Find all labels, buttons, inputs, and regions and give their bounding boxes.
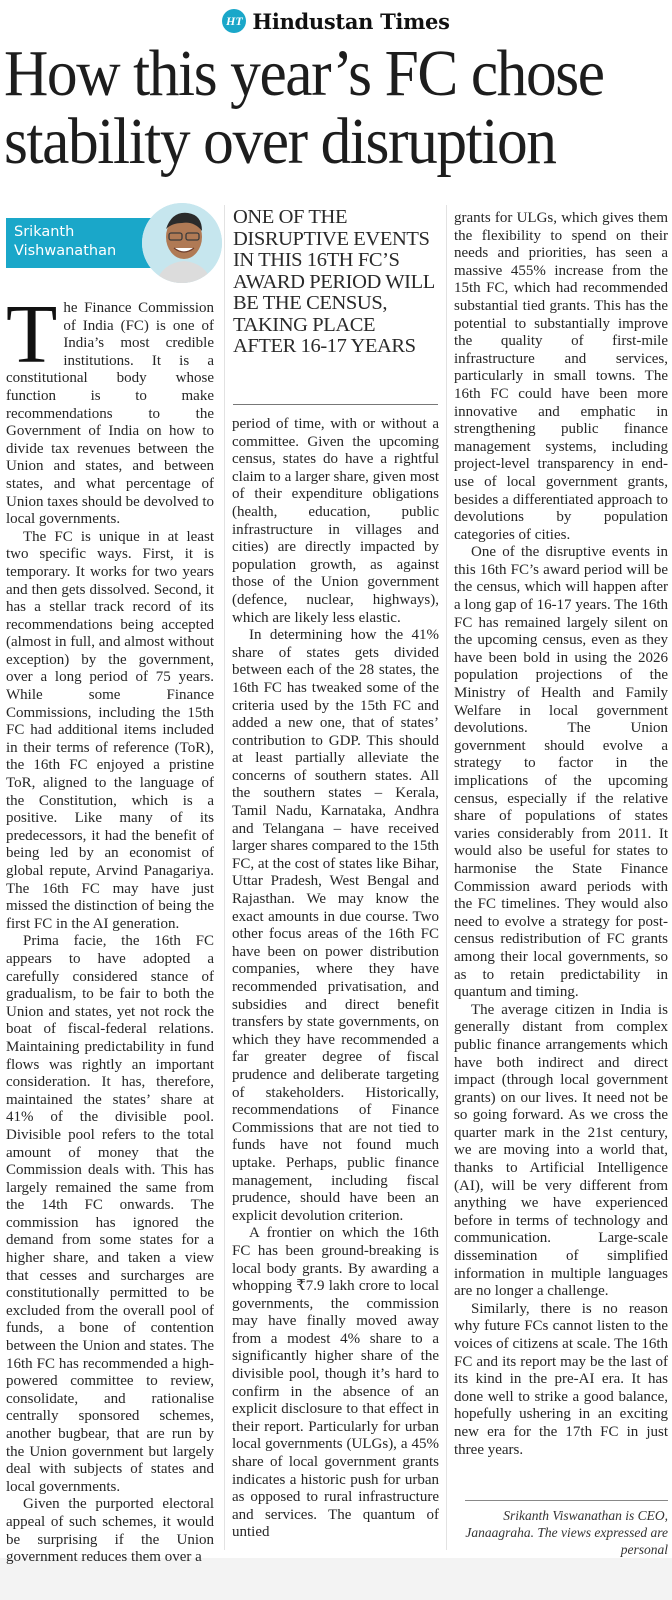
article-column-3: grants for ULGs, which gives them the fl… <box>454 210 668 1459</box>
paragraph: The average citizen in India is generall… <box>454 1002 668 1301</box>
article-column-2: period of time, with or without a commit… <box>232 416 439 1542</box>
paragraph: grants for ULGs, which gives them the fl… <box>454 210 668 544</box>
author-portrait-icon <box>142 203 222 283</box>
ht-logo-icon: HT <box>222 9 246 33</box>
paragraph: The FC is unique in at least two specifi… <box>6 529 214 934</box>
paragraph: Similarly, there is no reason why future… <box>454 1301 668 1459</box>
drop-cap: T <box>6 302 57 368</box>
pull-quote: One of the disruptive events in this 16t… <box>233 207 438 358</box>
article-column-1: The Finance Commission of India (FC) is … <box>6 300 214 1567</box>
paragraph: A frontier on which the 16th FC has been… <box>232 1225 439 1542</box>
column-divider <box>224 205 225 1550</box>
paragraph: Prima facie, the 16th FC appears to have… <box>6 933 214 1496</box>
newspaper-clipping: HT Hindustan Times How this year’s FC ch… <box>0 0 672 1558</box>
paragraph: One of the disruptive events in this 16t… <box>454 544 668 1001</box>
paragraph: The Finance Commission of India (FC) is … <box>6 300 214 529</box>
headline: How this year’s FC chose stability over … <box>4 40 625 176</box>
publication-name: Hindustan Times <box>252 9 449 34</box>
signoff-rule <box>465 1500 668 1501</box>
paragraph: In determining how the 41% share of stat… <box>232 627 439 1225</box>
headline-line-2: stability over disruption <box>4 105 556 178</box>
column-divider <box>446 205 447 1550</box>
masthead: HT Hindustan Times <box>0 6 672 36</box>
headline-line-1: How this year’s FC chose <box>4 37 604 110</box>
author-signoff: Srikanth Viswanathan is CEO, Janaagraha.… <box>455 1507 668 1558</box>
pull-quote-rule <box>233 404 438 405</box>
paragraph: Given the purported electoral appeal of … <box>6 1496 214 1566</box>
paragraph: period of time, with or without a commit… <box>232 416 439 627</box>
